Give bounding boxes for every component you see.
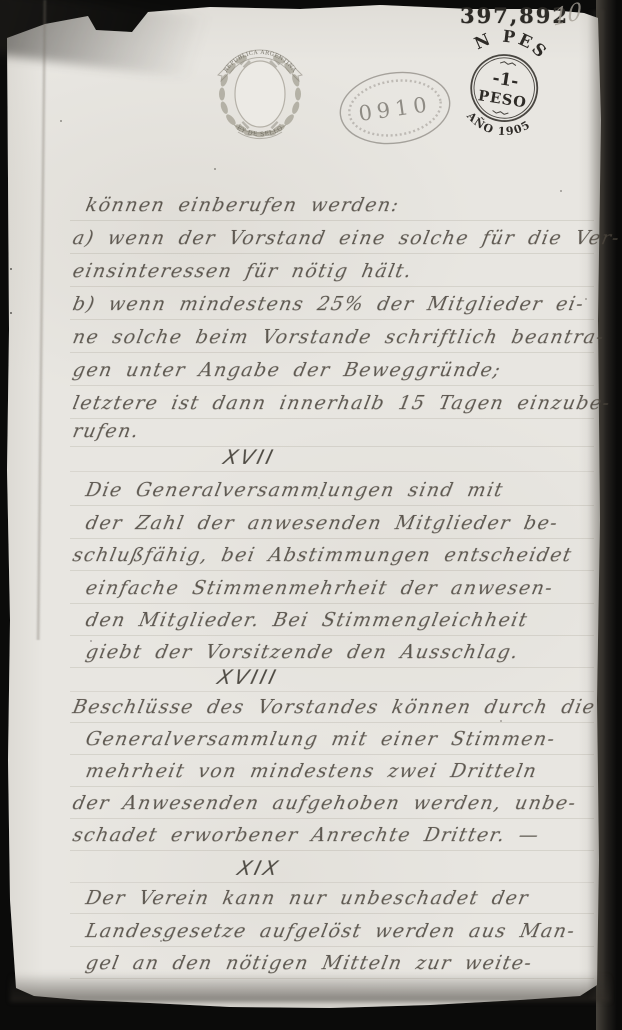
seal-center-oval xyxy=(235,61,285,127)
manuscript-line: einfache Stimmenmehrheit der anwesen- xyxy=(70,577,594,604)
manuscript-line: schadet erworbener Anrechte Dritter. — xyxy=(70,824,594,851)
control-number: 0910 xyxy=(357,92,433,126)
manuscript-line: ne solche beim Vorstande schriftlich bea… xyxy=(70,326,594,353)
manuscript-line: b) wenn mindestens 25% der Mitglieder ei… xyxy=(70,293,594,320)
manuscript-line: Die Generalversammlungen sind mit xyxy=(70,479,594,506)
revenue-stamp-unit: PESO xyxy=(477,87,528,111)
manuscript-line: Der Verein kann nur unbeschadet der xyxy=(70,887,594,914)
section-heading-xix: XIX xyxy=(70,856,594,883)
manuscript-line: gel an den nötigen Mitteln zur weite- xyxy=(70,952,594,979)
manuscript-line: rufen. xyxy=(70,420,594,447)
section-heading-xviii: XVIII xyxy=(70,665,594,692)
manuscript-line: giebt der Vorsitzende den Ausschlag. xyxy=(70,641,594,668)
revenue-stamp-value: -1- xyxy=(491,68,520,92)
revenue-stamp-un-peso: UN PESO AÑO 1905 -1- PESO xyxy=(434,18,574,161)
manuscript-line: a) wenn der Vorstand eine solche für die… xyxy=(70,227,594,254)
manuscript-line: den Mitglieder. Bei Stimmengleichheit xyxy=(70,609,594,636)
embossed-wreath-seal: REPUBLICA ARGENTINA LEY DE SELLOS xyxy=(197,28,323,154)
stamp-top-ornament xyxy=(500,61,516,65)
scanned-document-page: 397,892 10 xyxy=(0,0,622,1030)
manuscript-line: gen unter Angabe der Beweggründe; xyxy=(70,359,594,386)
section-heading-xvii: XVII xyxy=(70,445,594,472)
stamp-bottom-ornament xyxy=(492,110,508,114)
manuscript-line: schlußfähig, bei Abstimmungen entscheide… xyxy=(70,544,594,571)
manuscript-line: Beschlüsse des Vorstandes können durch d… xyxy=(70,696,594,723)
manuscript-line: letztere ist dann innerhalb 15 Tagen ein… xyxy=(70,392,594,419)
manuscript-line: einsinteressen für nötig hält. xyxy=(70,260,594,287)
manuscript-line: Landesgesetze aufgelöst werden aus Man- xyxy=(70,920,594,947)
manuscript-line: Generalversammlung mit einer Stimmen- xyxy=(70,728,594,755)
manuscript-line: können einberufen werden: xyxy=(70,194,594,221)
paper-specks xyxy=(10,268,12,270)
manuscript-line: der Zahl der anwesenden Mitglieder be- xyxy=(70,512,594,539)
manuscript-line: mehrheit von mindestens zwei Dritteln xyxy=(70,760,594,787)
manuscript-line: der Anwesenden aufgehoben werden, unbe- xyxy=(70,792,594,819)
